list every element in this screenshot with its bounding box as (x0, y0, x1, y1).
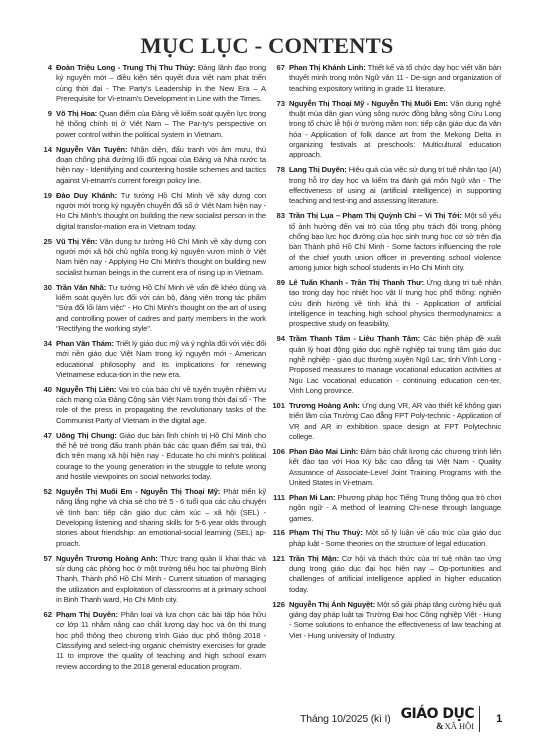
entry-authors: Trần Văn Nhã: (56, 283, 106, 292)
entry-authors: Nguyễn Trương Hoàng Anh: (56, 554, 158, 563)
entry-authors: Trầm Thanh Tâm - Liêu Thanh Tâm: (289, 334, 420, 343)
entry-page-number: 30 (38, 283, 56, 293)
page-footer: Tháng 10/2025 (kì I) GIÁO DỤC & XÃ HỘI 1 (300, 702, 502, 736)
entry-text: Trầm Thanh Tâm - Liêu Thanh Tâm: Các biệ… (289, 334, 501, 396)
entry-page-number: 89 (268, 278, 289, 288)
entry-text: Đào Duy Khánh: Tư tưởng Hồ Chí Minh về x… (56, 191, 266, 232)
entry-page-number: 34 (38, 339, 56, 349)
toc-entry[interactable]: 116Phạm Thị Thu Thuỷ: Một số lý luận về … (268, 528, 501, 549)
toc-entry[interactable]: 62Phạm Thị Duyên: Phân loại và lựa chọn … (38, 610, 266, 672)
entry-text: Trương Hoàng Anh: Ứng dụng VR, AR vào th… (289, 401, 501, 442)
entry-authors: Phạm Thị Duyên: (56, 610, 118, 619)
entry-text: Nguyễn Thị Muối Em - Nguyễn Thị Thoại Mỹ… (56, 487, 266, 549)
entry-text: Nguyễn Thị Ánh Nguyệt: Một số giải pháp … (289, 600, 501, 641)
entry-authors: Nguyễn Thị Liên: (56, 385, 116, 394)
entry-page-number: 47 (38, 431, 56, 441)
entry-text: Phan Văn Thám: Triết lý giáo dục mỹ và ý… (56, 339, 266, 380)
entry-text: Nguyễn Văn Tuyên: Nhận diện, đấu tranh v… (56, 145, 266, 186)
footer-divider (479, 706, 480, 732)
entry-authors: Đoàn Triệu Long - Trung Thị Thu Thủy: (56, 63, 195, 72)
entry-authors: Phan Văn Thám: (56, 339, 114, 348)
entry-text: Uông Thị Chung: Giáo dục bản lĩnh chính … (56, 431, 266, 483)
entry-authors: Nguyễn Thị Thoại Mỹ - Nguyễn Thị Muối Em… (289, 99, 448, 108)
entry-authors: Phan Mi Lan: (289, 493, 335, 502)
entry-text: Nguyễn Thị Thoại Mỹ - Nguyễn Thị Muối Em… (289, 99, 501, 161)
toc-entry[interactable]: 14Nguyễn Văn Tuyên: Nhận diện, đấu tranh… (38, 145, 266, 186)
toc-entry[interactable]: 78Lang Thị Duyên: Hiệu quả của việc sử d… (268, 165, 501, 206)
entry-text: Lang Thị Duyên: Hiệu quả của việc sử dụn… (289, 165, 501, 206)
entry-authors: Nguyễn Văn Tuyên: (56, 145, 127, 154)
entry-page-number: 83 (268, 211, 289, 221)
logo-subtitle: & XÃ HỘI (436, 722, 474, 731)
entry-authors: Nguyễn Thị Ánh Nguyệt: (289, 600, 375, 609)
entry-authors: Trương Hoàng Anh: (289, 401, 360, 410)
entry-authors: Lê Tuấn Khanh - Trần Thị Thanh Thư: (289, 278, 424, 287)
toc-entry[interactable]: 73Nguyễn Thị Thoại Mỹ - Nguyễn Thị Muối … (268, 99, 501, 161)
entry-page-number: 116 (268, 528, 289, 538)
contents-left-column: 4Đoàn Triệu Long - Trung Thị Thu Thủy: Đ… (38, 63, 266, 677)
entry-title: Phân loại và lựa chọn các bài tập hóa hữ… (56, 610, 266, 671)
entry-page-number: 121 (268, 554, 289, 564)
toc-entry[interactable]: 34Phan Văn Thám: Triết lý giáo dục mỹ và… (38, 339, 266, 380)
entry-title: Một số yếu tố ảnh hưởng đến vai trò của … (289, 211, 501, 272)
toc-entry[interactable]: 67Phan Thị Khánh Linh: Thiết kế và tổ ch… (268, 63, 501, 94)
entry-text: Phạm Thị Duyên: Phân loại và lựa chọn cá… (56, 610, 266, 672)
contents-columns: 4Đoàn Triệu Long - Trung Thị Thu Thủy: Đ… (38, 63, 501, 677)
toc-entry[interactable]: 57Nguyễn Trương Hoàng Anh: Thực trạng qu… (38, 554, 266, 606)
entry-page-number: 57 (38, 554, 56, 564)
entry-text: Trần Thị Lụa – Phạm Thị Quỳnh Chi – Vi T… (289, 211, 501, 273)
toc-entry[interactable]: 111Phan Mi Lan: Phương pháp học Tiếng Tr… (268, 493, 501, 524)
entry-text: Trần Văn Nhã: Tư tưởng Hồ Chí Minh về vấ… (56, 283, 266, 335)
journal-logo: GIÁO DỤC & XÃ HỘI (401, 707, 475, 731)
entry-text: Vũ Thị Yến: Vận dụng tư tưởng Hồ Chí Min… (56, 237, 266, 278)
entry-page-number: 62 (38, 610, 56, 620)
entry-page-number: 4 (38, 63, 56, 73)
entry-text: Đoàn Triệu Long - Trung Thị Thu Thủy: Đả… (56, 63, 266, 104)
toc-entry[interactable]: 9Võ Thị Hoa: Quan điểm của Đảng về kiểm … (38, 109, 266, 140)
toc-entry[interactable]: 19Đào Duy Khánh: Tư tưởng Hồ Chí Minh về… (38, 191, 266, 232)
entry-authors: Đào Duy Khánh: (56, 191, 117, 200)
entry-text: Võ Thị Hoa: Quan điểm của Đảng về kiểm s… (56, 109, 266, 140)
entry-title: Các biện pháp đề xuất quản lý hoạt động … (289, 334, 501, 395)
entry-authors: Vũ Thị Yến: (56, 237, 97, 246)
toc-entry[interactable]: 30Trần Văn Nhã: Tư tưởng Hồ Chí Minh về … (38, 283, 266, 335)
entry-authors: Phạm Thị Thu Thuỷ: (289, 528, 363, 537)
contents-right-column: 67Phan Thị Khánh Linh: Thiết kế và tổ ch… (268, 63, 501, 677)
page-title: MỤC LỤC - CONTENTS (0, 33, 534, 59)
toc-entry[interactable]: 94Trầm Thanh Tâm - Liêu Thanh Tâm: Các b… (268, 334, 501, 396)
entry-text: Phan Mi Lan: Phương pháp học Tiếng Trung… (289, 493, 501, 524)
entry-authors: Phan Đào Mai Linh: (289, 447, 358, 456)
entry-authors: Nguyễn Thị Muối Em - Nguyễn Thị Thoại Mỹ… (56, 487, 220, 496)
entry-page-number: 101 (268, 401, 289, 411)
entry-authors: Võ Thị Hoa: (56, 109, 97, 118)
toc-entry[interactable]: 25Vũ Thị Yến: Vận dụng tư tưởng Hồ Chí M… (38, 237, 266, 278)
entry-title: Phát triển kỹ năng lắng nghe và chia sẻ … (56, 487, 266, 548)
toc-entry[interactable]: 4Đoàn Triệu Long - Trung Thị Thu Thủy: Đ… (38, 63, 266, 104)
entry-page-number: 106 (268, 447, 289, 457)
toc-entry[interactable]: 106Phan Đào Mai Linh: Đảm bảo chất lượng… (268, 447, 501, 488)
toc-entry[interactable]: 40Nguyễn Thị Liên: Vai trò của báo chí v… (38, 385, 266, 426)
toc-entry[interactable]: 101Trương Hoàng Anh: Ứng dụng VR, AR vào… (268, 401, 501, 442)
entry-page-number: 14 (38, 145, 56, 155)
entry-text: Nguyễn Trương Hoàng Anh: Thực trạng quản… (56, 554, 266, 606)
ampersand-icon: & (436, 722, 444, 731)
entry-authors: Trần Thị Lụa – Phạm Thị Quỳnh Chi – Vi T… (289, 211, 462, 220)
entry-page-number: 9 (38, 109, 56, 119)
entry-page-number: 52 (38, 487, 56, 497)
toc-entry[interactable]: 89Lê Tuấn Khanh - Trần Thị Thanh Thư: Ứn… (268, 278, 501, 330)
entry-text: Phan Thị Khánh Linh: Thiết kế và tổ chức… (289, 63, 501, 94)
issue-date: Tháng 10/2025 (kì I) (300, 713, 391, 725)
toc-entry[interactable]: 52Nguyễn Thị Muối Em - Nguyễn Thị Thoại … (38, 487, 266, 549)
entry-page-number: 126 (268, 600, 289, 610)
entry-text: Trần Thị Mận: Cơ hội và thách thức của t… (289, 554, 501, 595)
entry-page-number: 111 (268, 493, 289, 503)
page-number: 1 (496, 713, 502, 725)
toc-entry[interactable]: 83Trần Thị Lụa – Phạm Thị Quỳnh Chi – Vi… (268, 211, 501, 273)
entry-page-number: 40 (38, 385, 56, 395)
entry-page-number: 73 (268, 99, 289, 109)
toc-entry[interactable]: 47Uông Thị Chung: Giáo dục bản lĩnh chín… (38, 431, 266, 483)
entry-authors: Lang Thị Duyên: (289, 165, 347, 174)
entry-text: Phan Đào Mai Linh: Đảm bảo chất lượng cá… (289, 447, 501, 488)
entry-page-number: 25 (38, 237, 56, 247)
entry-page-number: 94 (268, 334, 289, 344)
entry-authors: Uông Thị Chung: (56, 431, 117, 440)
entry-page-number: 78 (268, 165, 289, 175)
toc-entry[interactable]: 121Trần Thị Mận: Cơ hội và thách thức củ… (268, 554, 501, 595)
entry-text: Phạm Thị Thu Thuỷ: Một số lý luận về cấu… (289, 528, 501, 549)
entry-authors: Phan Thị Khánh Linh: (289, 63, 366, 72)
logo-title: GIÁO DỤC (401, 707, 475, 721)
entry-text: Lê Tuấn Khanh - Trần Thị Thanh Thư: Ứng … (289, 278, 501, 330)
entry-authors: Trần Thị Mận: (289, 554, 339, 563)
entry-text: Nguyễn Thị Liên: Vai trò của báo chí về … (56, 385, 266, 426)
logo-subtitle-text: XÃ HỘI (445, 722, 475, 731)
entry-page-number: 19 (38, 191, 56, 201)
toc-entry[interactable]: 126Nguyễn Thị Ánh Nguyệt: Một số giải ph… (268, 600, 501, 641)
entry-page-number: 67 (268, 63, 289, 73)
